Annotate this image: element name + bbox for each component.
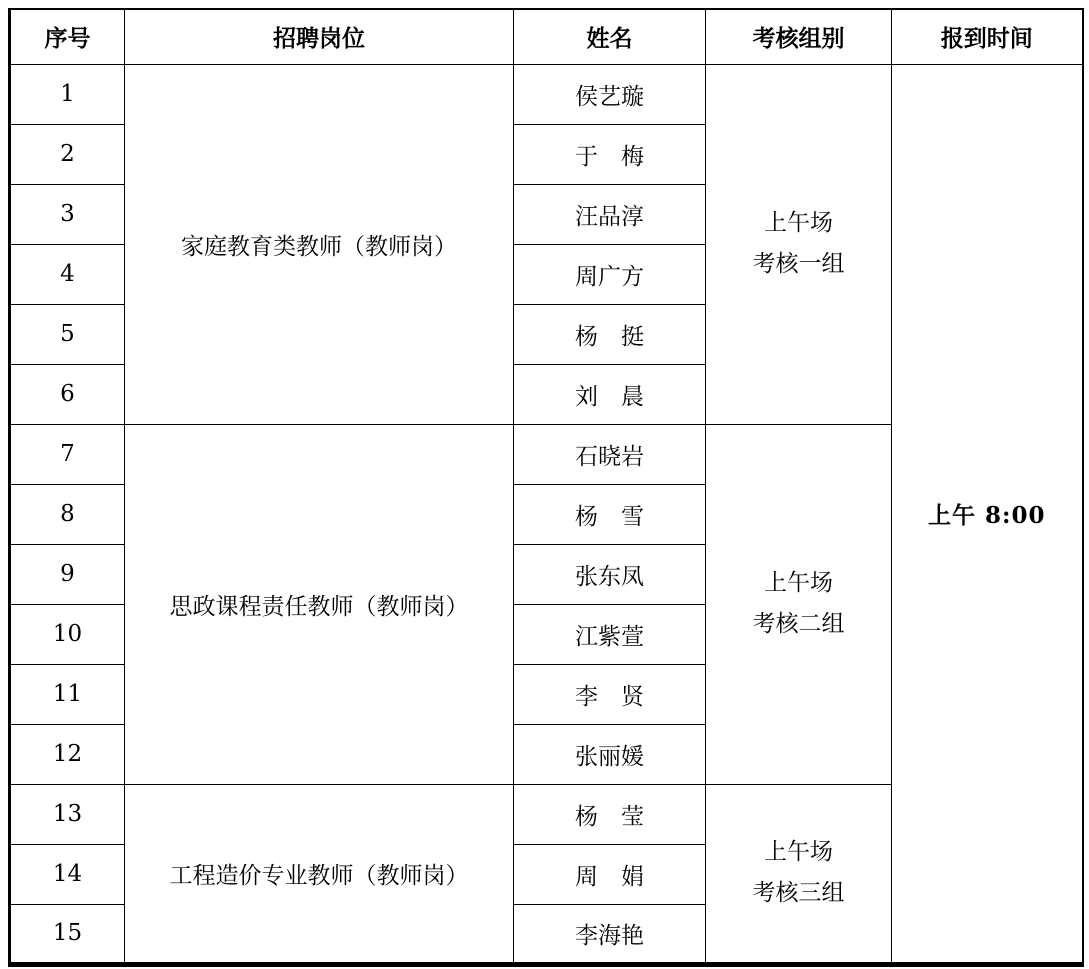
serial-cell: 14 <box>10 844 125 904</box>
name-cell: 张丽媛 <box>514 724 706 784</box>
serial-cell: 11 <box>10 664 125 724</box>
name-cell: 于 梅 <box>514 124 706 184</box>
document-page: 序号 招聘岗位 姓名 考核组别 报到时间 1 家庭教育类教师（教师岗） 侯艺璇 … <box>0 0 1089 969</box>
name-cell: 李海艳 <box>514 904 706 964</box>
name-cell: 江紫萱 <box>514 604 706 664</box>
position-cell: 家庭教育类教师（教师岗） <box>125 64 514 424</box>
name-cell: 侯艺璇 <box>514 64 706 124</box>
name-cell: 杨 莹 <box>514 784 706 844</box>
serial-cell: 13 <box>10 784 125 844</box>
assessment-group-line1: 上午场 <box>706 840 891 865</box>
serial-cell: 1 <box>10 64 125 124</box>
name-cell: 周 娟 <box>514 844 706 904</box>
assessment-group-line2: 考核二组 <box>706 612 891 637</box>
header-assessment-group: 考核组别 <box>706 9 892 64</box>
serial-cell: 9 <box>10 544 125 604</box>
assessment-group-cell: 上午场 考核一组 <box>706 64 892 424</box>
header-report-time: 报到时间 <box>892 9 1083 64</box>
name-cell: 李 贤 <box>514 664 706 724</box>
name-cell: 刘 晨 <box>514 364 706 424</box>
assessment-schedule-table: 序号 招聘岗位 姓名 考核组别 报到时间 1 家庭教育类教师（教师岗） 侯艺璇 … <box>8 8 1084 967</box>
serial-cell: 3 <box>10 184 125 244</box>
assessment-group-line2: 考核一组 <box>706 252 891 277</box>
header-row: 序号 招聘岗位 姓名 考核组别 报到时间 <box>10 9 1083 64</box>
assessment-group-line1: 上午场 <box>706 571 891 596</box>
position-cell: 工程造价专业教师（教师岗） <box>125 784 514 964</box>
assessment-group-line1: 上午场 <box>706 211 891 236</box>
assessment-group-cell: 上午场 考核三组 <box>706 784 892 964</box>
position-cell: 思政课程责任教师（教师岗） <box>125 424 514 784</box>
report-time-cell: 上午 8:00 <box>892 64 1083 964</box>
assessment-group-line2: 考核三组 <box>706 881 891 906</box>
serial-cell: 6 <box>10 364 125 424</box>
header-serial-number: 序号 <box>10 9 125 64</box>
name-cell: 周广方 <box>514 244 706 304</box>
assessment-group-cell: 上午场 考核二组 <box>706 424 892 784</box>
name-cell: 杨 挺 <box>514 304 706 364</box>
serial-cell: 12 <box>10 724 125 784</box>
serial-cell: 2 <box>10 124 125 184</box>
serial-cell: 15 <box>10 904 125 964</box>
serial-cell: 8 <box>10 484 125 544</box>
name-cell: 汪品淳 <box>514 184 706 244</box>
table-row: 1 家庭教育类教师（教师岗） 侯艺璇 上午场 考核一组 上午 8:00 <box>10 64 1083 124</box>
header-position: 招聘岗位 <box>125 9 514 64</box>
name-cell: 张东凤 <box>514 544 706 604</box>
serial-cell: 5 <box>10 304 125 364</box>
header-name: 姓名 <box>514 9 706 64</box>
serial-cell: 10 <box>10 604 125 664</box>
name-cell: 杨 雪 <box>514 484 706 544</box>
serial-cell: 7 <box>10 424 125 484</box>
name-cell: 石晓岩 <box>514 424 706 484</box>
serial-cell: 4 <box>10 244 125 304</box>
